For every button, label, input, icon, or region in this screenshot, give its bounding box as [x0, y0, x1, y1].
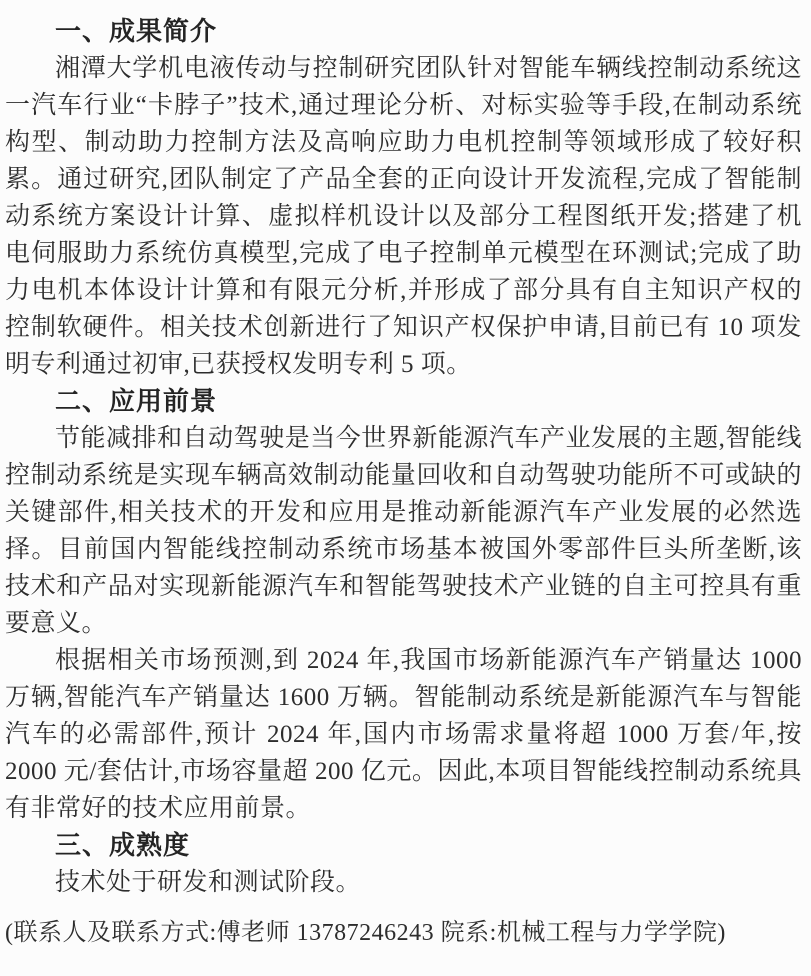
section-heading-achievement-intro: 一、成果简介	[5, 13, 802, 50]
document-page: 一、成果简介 湘潭大学机电液传动与控制研究团队针对智能车辆线控制动系统这一汽车行…	[0, 0, 811, 976]
paragraph-maturity: 技术处于研发和测试阶段。	[5, 864, 802, 901]
section-heading-maturity: 三、成熟度	[5, 827, 802, 864]
paragraph-application-prospect-1: 节能减排和自动驾驶是当今世界新能源汽车产业发展的主题,智能线控制动系统是实现车辆…	[5, 420, 802, 642]
section-application-prospect: 二、应用前景 节能减排和自动驾驶是当今世界新能源汽车产业发展的主题,智能线控制动…	[5, 383, 802, 827]
section-achievement-intro: 一、成果简介 湘潭大学机电液传动与控制研究团队针对智能车辆线控制动系统这一汽车行…	[5, 13, 802, 383]
section-maturity: 三、成熟度 技术处于研发和测试阶段。	[5, 827, 802, 901]
contact-footer: (联系人及联系方式:傅老师 13787246243 院系:机械工程与力学学院)	[5, 915, 802, 952]
section-heading-application-prospect: 二、应用前景	[5, 383, 802, 420]
paragraph-application-prospect-2: 根据相关市场预测,到 2024 年,我国市场新能源汽车产销量达 1000 万辆,…	[5, 642, 802, 827]
paragraph-achievement-intro: 湘潭大学机电液传动与控制研究团队针对智能车辆线控制动系统这一汽车行业“卡脖子”技…	[5, 50, 802, 383]
